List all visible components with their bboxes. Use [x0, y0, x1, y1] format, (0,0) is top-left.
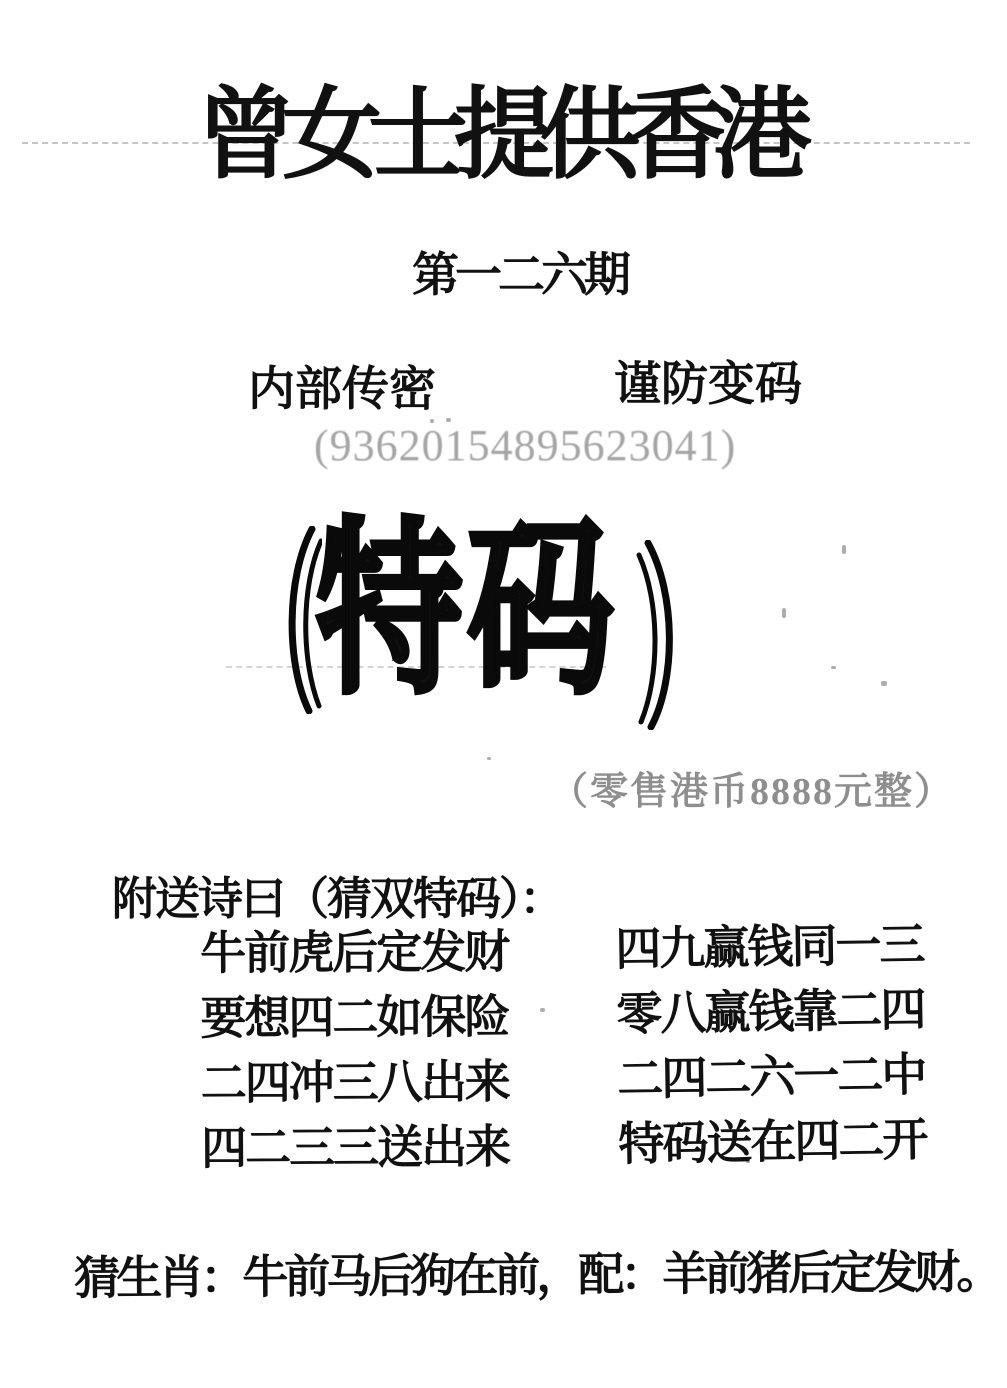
scanned-page: 曾女士提供香港 第一二六期 内部传密 谨防变码 (936201548956230… — [0, 0, 1007, 1388]
retail-price-note: （零售港币8888元整） — [550, 760, 954, 815]
scan-artifact-dot — [782, 608, 786, 618]
issue-number: 第一二六期 — [412, 238, 627, 305]
special-code-text: 特码 — [316, 516, 619, 708]
poem-line-right-3: 二四二六一二中 — [617, 1052, 926, 1103]
poem-line-right-2: 零八赢钱靠二四 — [616, 987, 925, 1038]
poem-line-left-1: 牛前虎后定发财 — [200, 929, 508, 977]
poem-line-left-4: 四二三三送出来 — [201, 1124, 509, 1172]
scan-artifact-dot — [831, 666, 836, 669]
zodiac-prediction: 猜生肖：牛前马后狗在前，配：羊前猪后定发财。 — [74, 1236, 998, 1308]
poem-left-column: 牛前虎后定发财 要想四二如保险 二四冲三八出来 四二三三送出来 — [200, 929, 509, 1172]
poem-header: 附送诗曰（猜双特码）： — [112, 862, 563, 927]
poem-line-right-1: 四九赢钱同一三 — [615, 922, 924, 973]
poem-line-left-3: 二四冲三八出来 — [201, 1059, 509, 1107]
internal-secret-note: 内部传密 — [248, 352, 436, 419]
scan-artifact-dot — [842, 545, 846, 554]
scan-artifact-dot — [881, 681, 887, 686]
poem-line-right-4: 特码送在四二开 — [618, 1117, 927, 1168]
page-title: 曾女士提供香港 — [196, 78, 798, 193]
paren-right-icon — [636, 540, 686, 730]
poem-right-column: 四九赢钱同一三 零八赢钱靠二四 二四二六一二中 特码送在四二开 — [615, 922, 927, 1168]
serial-number: (93620154895623041) — [314, 420, 736, 471]
poem-line-left-2: 要想四二如保险 — [200, 994, 508, 1042]
anti-tamper-note: 谨防变码 — [614, 347, 802, 414]
scan-artifact-dot — [487, 757, 491, 760]
scan-artifact-dot — [540, 1008, 545, 1012]
